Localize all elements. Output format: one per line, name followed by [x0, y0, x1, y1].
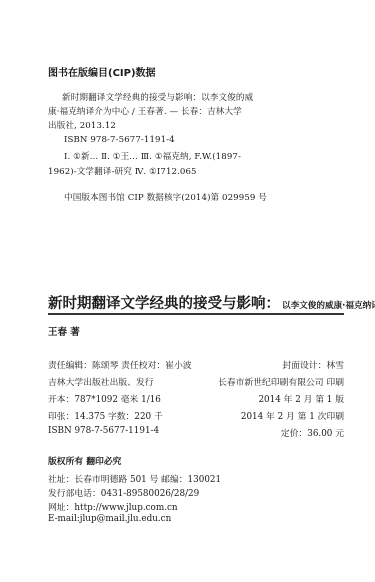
contact-phone: 发行部电话：0431-89580026/28/29 [48, 486, 199, 499]
credit-right: 2014 年 2 月 第 1 版 [258, 392, 344, 405]
contact-website: 网址：http://www.jlup.com.cn [48, 500, 178, 513]
credit-left: 开本：787*1092 毫米 1/16 [48, 392, 161, 405]
book-subtitle: 以李文俊的威康·福克纳译介为中心 [282, 301, 375, 311]
cip-line: 康·福克纳译介为中心 / 王春著. — 长春：吉林大学 [48, 105, 242, 117]
cip-record-number: 中国版本图书馆 CIP 数据核字(2014)第 029959 号 [64, 191, 267, 203]
rights-notice: 版权所有 翻印必究 [48, 454, 121, 467]
book-author: 王春 著 [48, 324, 80, 338]
contact-address: 社址：长春市明德路 501 号 邮编：130021 [48, 472, 221, 485]
credit-left: 吉林大学出版社出版、发行 [48, 375, 154, 388]
credit-left: 印张：14.375 字数：220 千 [48, 409, 163, 422]
credit-right: 长春市新世纪印刷有限公司 印刷 [218, 375, 344, 388]
credit-right: 定价：36.00 元 [281, 426, 344, 439]
cip-isbn: ISBN 978-7-5677-1191-4 [64, 135, 175, 145]
book-title-main: 新时期翻译文学经典的接受与影响： [48, 296, 280, 312]
credit-left: ISBN 978-7-5677-1191-4 [48, 426, 159, 436]
cip-line: 1962)-文学翻译-研究 Ⅳ. ①I712.065 [48, 165, 197, 177]
book-title: 新时期翻译文学经典的接受与影响：以李文俊的威康·福克纳译介为中心 [48, 292, 375, 313]
credit-left: 责任编辑：陈颂琴 责任校对：崔小波 [48, 358, 192, 371]
credit-right: 2014 年 2 月 第 1 次印刷 [241, 409, 344, 422]
title-rule [48, 313, 344, 315]
contact-email: E-mail:jlup@mail.jlu.edu.cn [48, 514, 171, 524]
cip-line: 新时期翻译文学经典的接受与影响：以李文俊的威 [62, 91, 253, 103]
credit-right: 封面设计：林雪 [282, 358, 344, 371]
cip-line: 出版社, 2013.12 [48, 119, 116, 131]
cip-heading: 图书在版编目(CIP)数据 [48, 64, 156, 79]
cip-line: Ⅰ. ①新… Ⅱ. ①王… Ⅲ. ①福克纳, F.W.(1897- [64, 150, 241, 162]
